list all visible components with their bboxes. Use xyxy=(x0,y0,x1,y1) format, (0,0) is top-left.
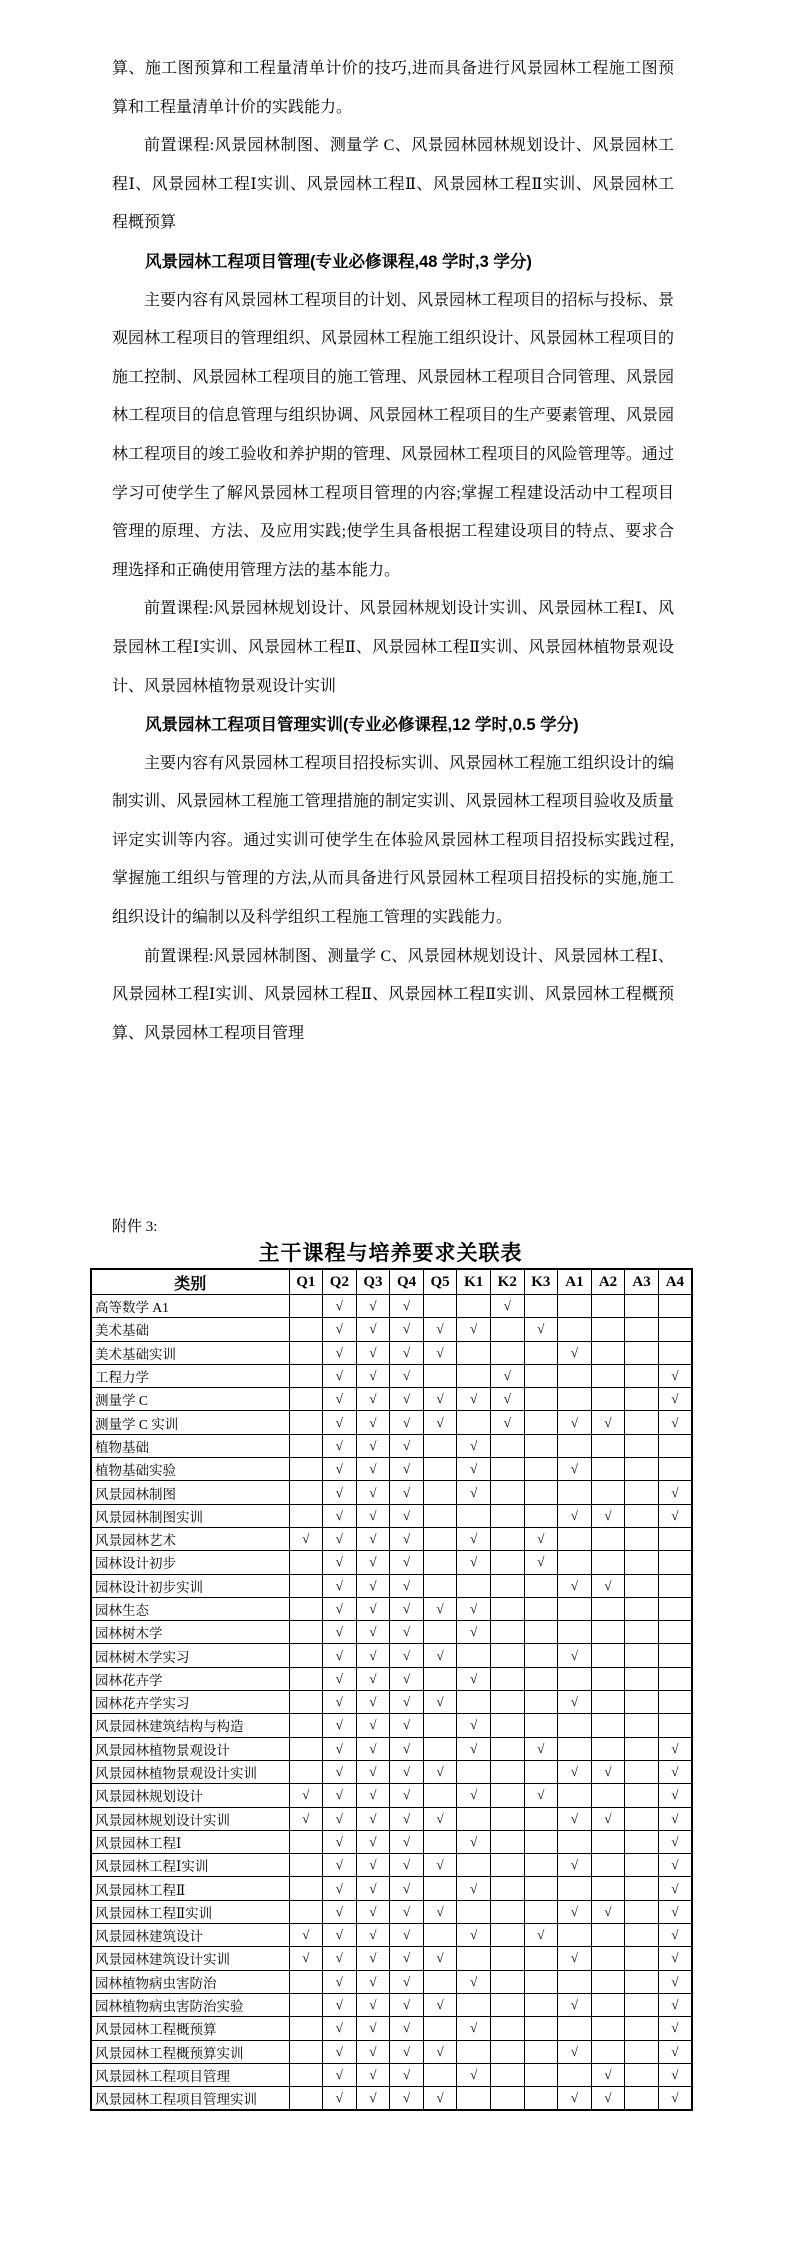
empty-cell xyxy=(591,1924,625,1947)
table-head: 类别Q1Q2Q3Q4Q5K1K2K3A1A2A3A4 xyxy=(91,1269,692,1295)
check-mark-cell: √ xyxy=(423,2087,457,2111)
empty-cell xyxy=(524,1458,558,1481)
empty-cell xyxy=(524,1854,558,1877)
table-row: 风景园林规划设计√√√√√√√ xyxy=(91,1784,692,1807)
check-mark-cell: √ xyxy=(356,1318,390,1341)
check-mark-cell: √ xyxy=(457,1481,491,1504)
empty-cell xyxy=(625,1434,659,1457)
check-mark-cell: √ xyxy=(457,2017,491,2040)
check-mark-cell: √ xyxy=(356,1621,390,1644)
empty-cell xyxy=(591,1714,625,1737)
empty-cell xyxy=(625,1830,659,1853)
column-header-cell: Q4 xyxy=(390,1269,424,1295)
empty-cell xyxy=(490,2017,524,2040)
empty-cell xyxy=(289,2063,323,2086)
empty-cell xyxy=(524,1295,558,1318)
check-mark-cell: √ xyxy=(323,2017,357,2040)
empty-cell xyxy=(625,1341,659,1364)
check-mark-cell: √ xyxy=(356,1667,390,1690)
table-row: 园林花卉学√√√√ xyxy=(91,1667,692,1690)
check-mark-cell: √ xyxy=(490,1364,524,1387)
empty-cell xyxy=(625,1458,659,1481)
course-name-cell: 园林设计初步 xyxy=(91,1551,289,1574)
empty-cell xyxy=(591,1621,625,1644)
empty-cell xyxy=(591,1691,625,1714)
check-mark-cell: √ xyxy=(356,1714,390,1737)
empty-cell xyxy=(490,1784,524,1807)
empty-cell xyxy=(457,1691,491,1714)
check-mark-cell: √ xyxy=(390,1644,424,1667)
check-mark-cell: √ xyxy=(356,1388,390,1411)
empty-cell xyxy=(658,1341,692,1364)
empty-cell xyxy=(558,1318,592,1341)
table-row: 美术基础√√√√√√ xyxy=(91,1318,692,1341)
empty-cell xyxy=(490,2087,524,2111)
check-mark-cell: √ xyxy=(390,1364,424,1387)
check-mark-cell: √ xyxy=(323,1597,357,1620)
check-mark-cell: √ xyxy=(289,1784,323,1807)
check-mark-cell: √ xyxy=(658,1807,692,1830)
empty-cell xyxy=(457,1900,491,1923)
check-mark-cell: √ xyxy=(423,1388,457,1411)
check-mark-cell: √ xyxy=(356,2017,390,2040)
empty-cell xyxy=(289,1830,323,1853)
empty-cell xyxy=(490,1924,524,1947)
empty-cell xyxy=(558,2063,592,2086)
empty-cell xyxy=(457,1411,491,1434)
check-mark-cell: √ xyxy=(457,1388,491,1411)
column-header-cell: A1 xyxy=(558,1269,592,1295)
empty-cell xyxy=(289,1574,323,1597)
check-mark-cell: √ xyxy=(356,1364,390,1387)
course-name-cell: 园林树木学 xyxy=(91,1621,289,1644)
column-header-cell: K3 xyxy=(524,1269,558,1295)
empty-cell xyxy=(490,1551,524,1574)
empty-cell xyxy=(524,2087,558,2111)
check-mark-cell: √ xyxy=(390,1318,424,1341)
empty-cell xyxy=(591,1481,625,1504)
check-mark-cell: √ xyxy=(356,1574,390,1597)
empty-cell xyxy=(558,1551,592,1574)
table-row: 风景园林工程Ⅰ√√√√√ xyxy=(91,1830,692,1853)
check-mark-cell: √ xyxy=(591,1411,625,1434)
check-mark-cell: √ xyxy=(289,1947,323,1970)
empty-cell xyxy=(457,1504,491,1527)
check-mark-cell: √ xyxy=(356,1341,390,1364)
empty-cell xyxy=(457,2040,491,2063)
check-mark-cell: √ xyxy=(289,1924,323,1947)
check-mark-cell: √ xyxy=(658,1737,692,1760)
table-title: 主干课程与培养要求关联表 xyxy=(90,1237,691,1267)
empty-cell xyxy=(490,1691,524,1714)
table-row: 测量学 C√√√√√√√ xyxy=(91,1388,692,1411)
empty-cell xyxy=(289,1854,323,1877)
empty-cell xyxy=(524,1411,558,1434)
table-row: 美术基础实训√√√√√ xyxy=(91,1341,692,1364)
table-row: 工程力学√√√√√ xyxy=(91,1364,692,1387)
empty-cell xyxy=(625,1667,659,1690)
check-mark-cell: √ xyxy=(390,1295,424,1318)
check-mark-cell: √ xyxy=(558,1760,592,1783)
check-mark-cell: √ xyxy=(323,1527,357,1550)
check-mark-cell: √ xyxy=(658,1388,692,1411)
empty-cell xyxy=(289,1504,323,1527)
empty-cell xyxy=(625,2063,659,2086)
empty-cell xyxy=(625,1364,659,1387)
table-row: 园林花卉学实习√√√√√ xyxy=(91,1691,692,1714)
check-mark-cell: √ xyxy=(457,1458,491,1481)
empty-cell xyxy=(289,2087,323,2111)
empty-cell xyxy=(490,1970,524,1993)
check-mark-cell: √ xyxy=(457,1970,491,1993)
check-mark-cell: √ xyxy=(356,1784,390,1807)
check-mark-cell: √ xyxy=(658,1924,692,1947)
empty-cell xyxy=(457,1854,491,1877)
table-row: 风景园林艺术√√√√√√ xyxy=(91,1527,692,1550)
course-name-cell: 园林生态 xyxy=(91,1597,289,1620)
check-mark-cell: √ xyxy=(457,1527,491,1550)
course-name-cell: 风景园林工程Ⅱ xyxy=(91,1877,289,1900)
empty-cell xyxy=(591,1341,625,1364)
course-name-cell: 风景园林工程概预算实训 xyxy=(91,2040,289,2063)
empty-cell xyxy=(524,1621,558,1644)
empty-cell xyxy=(658,1434,692,1457)
empty-cell xyxy=(524,1644,558,1667)
empty-cell xyxy=(591,1737,625,1760)
check-mark-cell: √ xyxy=(356,1597,390,1620)
check-mark-cell: √ xyxy=(457,2063,491,2086)
document-page: { "page": { "background": "#ffffff", "te… xyxy=(0,0,793,2244)
table-row: 风景园林建筑结构与构造√√√√ xyxy=(91,1714,692,1737)
empty-cell xyxy=(490,1830,524,1853)
empty-cell xyxy=(289,1364,323,1387)
check-mark-cell: √ xyxy=(423,1341,457,1364)
check-mark-cell: √ xyxy=(390,1854,424,1877)
empty-cell xyxy=(625,2087,659,2111)
check-mark-cell: √ xyxy=(423,1691,457,1714)
empty-cell xyxy=(524,2063,558,2086)
table-row: 风景园林制图√√√√√ xyxy=(91,1481,692,1504)
course-name-cell: 风景园林植物景观设计实训 xyxy=(91,1760,289,1783)
course-name-cell: 风景园林工程项目管理实训 xyxy=(91,2087,289,2111)
empty-cell xyxy=(591,2040,625,2063)
empty-cell xyxy=(625,1737,659,1760)
empty-cell xyxy=(625,2017,659,2040)
table-row: 风景园林植物景观设计√√√√√√ xyxy=(91,1737,692,1760)
check-mark-cell: √ xyxy=(323,1644,357,1667)
check-mark-cell: √ xyxy=(323,1807,357,1830)
check-mark-cell: √ xyxy=(323,2087,357,2111)
empty-cell xyxy=(289,1597,323,1620)
check-mark-cell: √ xyxy=(356,1947,390,1970)
empty-cell xyxy=(658,1527,692,1550)
empty-cell xyxy=(289,1411,323,1434)
check-mark-cell: √ xyxy=(658,1481,692,1504)
empty-cell xyxy=(457,1807,491,1830)
empty-cell xyxy=(524,1574,558,1597)
empty-cell xyxy=(558,1830,592,1853)
empty-cell xyxy=(289,1481,323,1504)
check-mark-cell: √ xyxy=(356,1993,390,2016)
table-row: 测量学 C 实训√√√√√√√√ xyxy=(91,1411,692,1434)
check-mark-cell: √ xyxy=(423,1947,457,1970)
check-mark-cell: √ xyxy=(423,1760,457,1783)
check-mark-cell: √ xyxy=(323,1691,357,1714)
empty-cell xyxy=(423,1784,457,1807)
check-mark-cell: √ xyxy=(356,1295,390,1318)
empty-cell xyxy=(558,1527,592,1550)
check-mark-cell: √ xyxy=(658,1877,692,1900)
check-mark-cell: √ xyxy=(323,1667,357,1690)
empty-cell xyxy=(625,1714,659,1737)
check-mark-cell: √ xyxy=(490,1388,524,1411)
empty-cell xyxy=(289,1667,323,1690)
empty-cell xyxy=(423,1458,457,1481)
check-mark-cell: √ xyxy=(457,1737,491,1760)
course-name-cell: 风景园林工程概预算 xyxy=(91,2017,289,2040)
course-name-cell: 园林花卉学实习 xyxy=(91,1691,289,1714)
empty-cell xyxy=(625,1574,659,1597)
course-heading: 风景园林工程项目管理实训(专业必修课程,12 学时,0.5 学分) xyxy=(112,706,674,745)
column-header-cell: K1 xyxy=(457,1269,491,1295)
check-mark-cell: √ xyxy=(658,1970,692,1993)
check-mark-cell: √ xyxy=(356,1411,390,1434)
empty-cell xyxy=(558,1924,592,1947)
check-mark-cell: √ xyxy=(423,1644,457,1667)
empty-cell xyxy=(625,2040,659,2063)
empty-cell xyxy=(457,1295,491,1318)
empty-cell xyxy=(625,1411,659,1434)
check-mark-cell: √ xyxy=(558,1993,592,2016)
check-mark-cell: √ xyxy=(390,2040,424,2063)
check-mark-cell: √ xyxy=(457,1924,491,1947)
column-header-cell: A2 xyxy=(591,1269,625,1295)
empty-cell xyxy=(423,1621,457,1644)
check-mark-cell: √ xyxy=(558,1807,592,1830)
empty-cell xyxy=(625,1760,659,1783)
check-mark-cell: √ xyxy=(658,1504,692,1527)
course-name-cell: 风景园林建筑结构与构造 xyxy=(91,1714,289,1737)
check-mark-cell: √ xyxy=(558,1411,592,1434)
check-mark-cell: √ xyxy=(390,1760,424,1783)
check-mark-cell: √ xyxy=(658,1854,692,1877)
empty-cell xyxy=(490,2040,524,2063)
empty-cell xyxy=(524,1341,558,1364)
check-mark-cell: √ xyxy=(591,2063,625,2086)
course-name-cell: 风景园林制图 xyxy=(91,1481,289,1504)
empty-cell xyxy=(490,1458,524,1481)
check-mark-cell: √ xyxy=(323,1947,357,1970)
column-header-cell: Q1 xyxy=(289,1269,323,1295)
check-mark-cell: √ xyxy=(390,1877,424,1900)
check-mark-cell: √ xyxy=(457,1714,491,1737)
check-mark-cell: √ xyxy=(390,1411,424,1434)
check-mark-cell: √ xyxy=(356,1924,390,1947)
check-mark-cell: √ xyxy=(490,1411,524,1434)
empty-cell xyxy=(591,1318,625,1341)
check-mark-cell: √ xyxy=(323,1318,357,1341)
check-mark-cell: √ xyxy=(390,1458,424,1481)
course-heading: 风景园林工程项目管理(专业必修课程,48 学时,3 学分) xyxy=(112,243,674,282)
empty-cell xyxy=(625,1993,659,2016)
check-mark-cell: √ xyxy=(591,1900,625,1923)
check-mark-cell: √ xyxy=(390,1341,424,1364)
body-paragraph: 主要内容有风景园林工程项目的计划、风景园林工程项目的招标与投标、景观园林工程项目… xyxy=(112,282,674,591)
empty-cell xyxy=(524,1877,558,1900)
body-paragraph: 算、施工图预算和工程量清单计价的技巧,进而具备进行风景园林工程施工图预算和工程量… xyxy=(112,50,674,127)
empty-cell xyxy=(289,2017,323,2040)
document-text: 算、施工图预算和工程量清单计价的技巧,进而具备进行风景园林工程施工图预算和工程量… xyxy=(112,50,674,1053)
column-header-cell: Q2 xyxy=(323,1269,357,1295)
check-mark-cell: √ xyxy=(356,1691,390,1714)
check-mark-cell: √ xyxy=(524,1527,558,1550)
check-mark-cell: √ xyxy=(658,2063,692,2086)
check-mark-cell: √ xyxy=(658,1364,692,1387)
empty-cell xyxy=(423,1830,457,1853)
check-mark-cell: √ xyxy=(323,2040,357,2063)
empty-cell xyxy=(558,1295,592,1318)
empty-cell xyxy=(591,1551,625,1574)
empty-cell xyxy=(591,1644,625,1667)
check-mark-cell: √ xyxy=(558,1854,592,1877)
check-mark-cell: √ xyxy=(658,1411,692,1434)
check-mark-cell: √ xyxy=(323,1924,357,1947)
check-mark-cell: √ xyxy=(558,1691,592,1714)
check-mark-cell: √ xyxy=(323,2063,357,2086)
empty-cell xyxy=(423,1527,457,1550)
empty-cell xyxy=(591,1667,625,1690)
empty-cell xyxy=(490,1714,524,1737)
empty-cell xyxy=(490,1597,524,1620)
check-mark-cell: √ xyxy=(423,1993,457,2016)
course-name-cell: 高等数学 A1 xyxy=(91,1295,289,1318)
empty-cell xyxy=(490,1760,524,1783)
empty-cell xyxy=(490,1527,524,1550)
check-mark-cell: √ xyxy=(457,1318,491,1341)
empty-cell xyxy=(625,1947,659,1970)
check-mark-cell: √ xyxy=(356,1644,390,1667)
check-mark-cell: √ xyxy=(558,2040,592,2063)
empty-cell xyxy=(423,2063,457,2086)
empty-cell xyxy=(457,1341,491,1364)
empty-cell xyxy=(625,1597,659,1620)
check-mark-cell: √ xyxy=(390,1737,424,1760)
check-mark-cell: √ xyxy=(457,1830,491,1853)
empty-cell xyxy=(423,1574,457,1597)
table-row: 风景园林工程Ⅱ√√√√√ xyxy=(91,1877,692,1900)
empty-cell xyxy=(423,1667,457,1690)
empty-cell xyxy=(658,1691,692,1714)
empty-cell xyxy=(558,1364,592,1387)
empty-cell xyxy=(289,1644,323,1667)
empty-cell xyxy=(423,1877,457,1900)
column-header-cell: Q3 xyxy=(356,1269,390,1295)
check-mark-cell: √ xyxy=(423,1900,457,1923)
check-mark-cell: √ xyxy=(658,1784,692,1807)
course-name-cell: 美术基础实训 xyxy=(91,1341,289,1364)
empty-cell xyxy=(289,1691,323,1714)
empty-cell xyxy=(524,1970,558,1993)
check-mark-cell: √ xyxy=(323,1458,357,1481)
empty-cell xyxy=(289,2040,323,2063)
check-mark-cell: √ xyxy=(457,1667,491,1690)
empty-cell xyxy=(289,1760,323,1783)
check-mark-cell: √ xyxy=(658,1947,692,1970)
check-mark-cell: √ xyxy=(323,1411,357,1434)
course-name-cell: 美术基础 xyxy=(91,1318,289,1341)
empty-cell xyxy=(658,1318,692,1341)
empty-cell xyxy=(423,1295,457,1318)
table-row: 风景园林植物景观设计实训√√√√√√√ xyxy=(91,1760,692,1783)
course-name-cell: 风景园林工程项目管理 xyxy=(91,2063,289,2086)
check-mark-cell: √ xyxy=(390,1574,424,1597)
check-mark-cell: √ xyxy=(356,2040,390,2063)
empty-cell xyxy=(558,1621,592,1644)
empty-cell xyxy=(524,1807,558,1830)
course-name-cell: 园林设计初步实训 xyxy=(91,1574,289,1597)
check-mark-cell: √ xyxy=(289,1527,323,1550)
check-mark-cell: √ xyxy=(658,1900,692,1923)
check-mark-cell: √ xyxy=(457,1621,491,1644)
empty-cell xyxy=(457,1574,491,1597)
empty-cell xyxy=(591,1434,625,1457)
course-name-cell: 风景园林制图实训 xyxy=(91,1504,289,1527)
empty-cell xyxy=(625,1388,659,1411)
check-mark-cell: √ xyxy=(591,1574,625,1597)
check-mark-cell: √ xyxy=(390,1970,424,1993)
empty-cell xyxy=(625,1551,659,1574)
empty-cell xyxy=(423,1434,457,1457)
course-name-cell: 风景园林规划设计实训 xyxy=(91,1807,289,1830)
check-mark-cell: √ xyxy=(356,1900,390,1923)
empty-cell xyxy=(625,1318,659,1341)
column-header-cell: A4 xyxy=(658,1269,692,1295)
empty-cell xyxy=(658,1295,692,1318)
check-mark-cell: √ xyxy=(423,1807,457,1830)
table-row: 高等数学 A1√√√√ xyxy=(91,1295,692,1318)
check-mark-cell: √ xyxy=(390,2087,424,2111)
check-mark-cell: √ xyxy=(524,1551,558,1574)
empty-cell xyxy=(524,1667,558,1690)
check-mark-cell: √ xyxy=(558,1947,592,1970)
check-mark-cell: √ xyxy=(423,1597,457,1620)
empty-cell xyxy=(524,1597,558,1620)
check-mark-cell: √ xyxy=(323,1504,357,1527)
table-body: 高等数学 A1√√√√美术基础√√√√√√美术基础实训√√√√√工程力学√√√√… xyxy=(91,1295,692,2111)
empty-cell xyxy=(524,1760,558,1783)
empty-cell xyxy=(524,1388,558,1411)
empty-cell xyxy=(490,1504,524,1527)
empty-cell xyxy=(558,1388,592,1411)
check-mark-cell: √ xyxy=(390,1481,424,1504)
check-mark-cell: √ xyxy=(323,1551,357,1574)
check-mark-cell: √ xyxy=(658,1760,692,1783)
check-mark-cell: √ xyxy=(390,1597,424,1620)
empty-cell xyxy=(289,1341,323,1364)
table-row: 风景园林工程Ⅰ实训√√√√√√ xyxy=(91,1854,692,1877)
empty-cell xyxy=(524,1947,558,1970)
empty-cell xyxy=(591,1970,625,1993)
empty-cell xyxy=(490,1621,524,1644)
check-mark-cell: √ xyxy=(390,1807,424,1830)
empty-cell xyxy=(558,1481,592,1504)
check-mark-cell: √ xyxy=(658,2040,692,2063)
empty-cell xyxy=(524,1830,558,1853)
empty-cell xyxy=(289,1877,323,1900)
check-mark-cell: √ xyxy=(323,1714,357,1737)
table-row: 风景园林工程Ⅱ实训√√√√√√√ xyxy=(91,1900,692,1923)
empty-cell xyxy=(289,1900,323,1923)
